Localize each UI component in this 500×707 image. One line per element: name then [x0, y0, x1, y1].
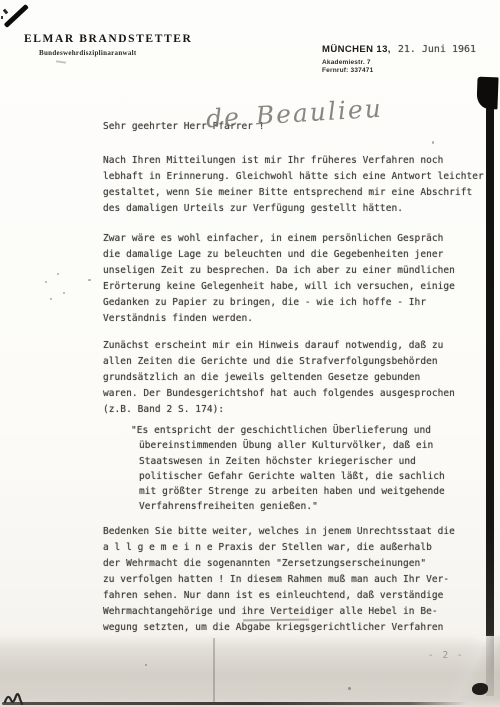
letterhead-city-date-row: MÜNCHEN 13,21. Juni 1961: [322, 37, 476, 56]
scanned-letter: ELMAR BRANDSTETTER Bundeswehrdisziplinar…: [0, 0, 500, 707]
letterhead-phone: Fernruf: 337471: [322, 67, 476, 75]
scan-edge-bar: [486, 86, 494, 696]
scan-bottom-shadow: [0, 634, 500, 707]
dust-speck: [348, 687, 351, 690]
letterhead-street: Akademiestr. 7: [322, 59, 476, 67]
block-quote: "Es entspricht der geschichtlichen Überl…: [131, 423, 499, 515]
paragraph-2: Zwar wäre es wohl einfacher, in einem pe…: [103, 231, 491, 327]
dust-speck: [145, 664, 147, 666]
pen-mark: [4, 4, 29, 28]
scan-edge-blob: [476, 77, 498, 110]
letterhead-address-block: MÜNCHEN 13,21. Juni 1961 Akademiestr. 7 …: [322, 37, 476, 75]
dust-speck: [432, 141, 434, 144]
paragraph-1: Nach Ihren Mitteilungen ist mir Ihr früh…: [103, 153, 491, 217]
corner-pen-squiggle: [4, 688, 34, 706]
ink-blob: [472, 683, 488, 695]
paper-crease: [213, 638, 215, 702]
pen-mark-dot: [1, 16, 3, 19]
pen-mark-dot: [3, 9, 9, 15]
smudge-mark: [56, 60, 66, 63]
paragraph-3: Zunächst erscheint mir ein Hinweis darau…: [103, 338, 491, 418]
scan-bottom-edge-line: [2, 702, 467, 705]
letter-date: 21. Juni 1961: [398, 44, 476, 55]
letterhead-title: Bundeswehrdisziplinaranwalt: [39, 49, 137, 57]
dust-speck: [57, 273, 59, 275]
letterhead-city: MÜNCHEN 13,: [322, 44, 391, 55]
handwritten-name: de Beaulieu: [205, 94, 383, 134]
dust-speck: [45, 281, 47, 283]
dust-speck: [63, 292, 65, 294]
dust-speck: [50, 298, 52, 300]
dust-speck: [88, 279, 91, 281]
letterhead-name: ELMAR BRANDSTETTER: [24, 33, 192, 45]
